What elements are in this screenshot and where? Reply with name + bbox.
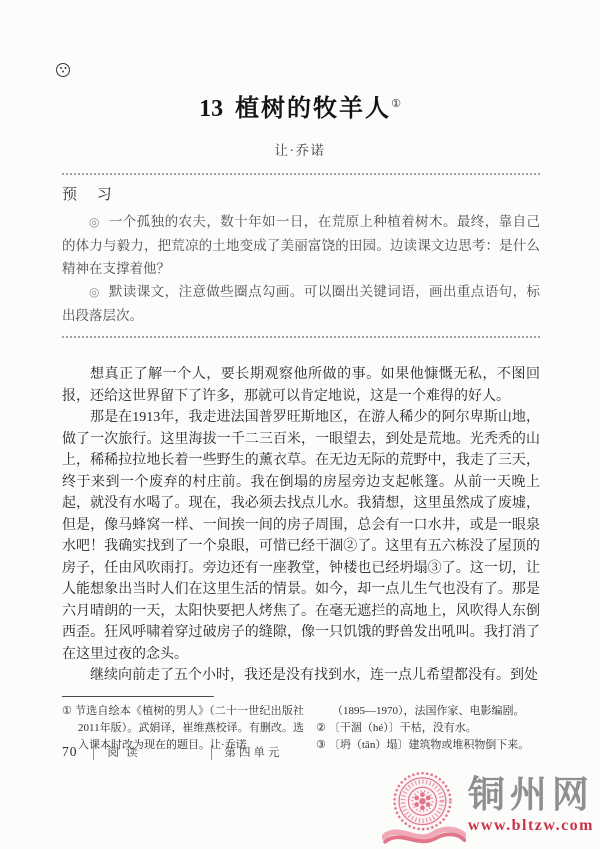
page-footer: 70 阅读 第四单元	[62, 744, 540, 760]
textbook-page: 13植树的牧羊人① 让·乔诺 预 习 ◎一个孤独的农夫，数十年如一日，在荒原上种…	[0, 0, 600, 849]
preview-item-text: 默读课文，注意做些圈点勾画。可以圈出关键词语，画出重点语句，标出段落层次。	[62, 284, 540, 323]
preview-item: ◎默读课文，注意做些圈点勾画。可以圈出关键词语，画出重点语句，标出段落层次。	[62, 280, 540, 327]
footnote-text: （1895—1970），法国作家、电影编剧。	[332, 705, 525, 717]
page-number: 70	[62, 744, 78, 760]
dotted-divider-bottom	[62, 336, 540, 338]
body-text: 想真正了解一个人，要长期观察他所做的事。如果他慷慨无私，不图回报，还给这世界留下…	[62, 364, 540, 687]
dotted-divider-top	[62, 173, 540, 175]
watermark-text: 铜州网 www.bltzw.com	[468, 770, 594, 835]
footer-divider	[93, 745, 94, 760]
ring-bullet-icon: ◎	[89, 215, 100, 229]
footer-section-label: 阅读	[108, 744, 145, 760]
ring-bullet-icon: ◎	[89, 285, 100, 299]
preview-item-text: 一个孤独的农夫，数十年如一日，在荒原上种植着树木。最终，靠自己的体力与毅力，把荒…	[62, 214, 540, 276]
footnote-text: 〔干涸（hé）〕干枯，没有水。	[329, 722, 477, 734]
title-footnote-ref: ①	[391, 98, 401, 110]
footnote-marker: ①	[62, 705, 72, 717]
footnote-item: ②〔干涸（hé）〕干枯，没有水。	[316, 720, 544, 737]
preview-section: 预 习 ◎一个孤独的农夫，数十年如一日，在荒原上种植着树木。最终，靠自己的体力与…	[62, 173, 540, 338]
lesson-title-text: 植树的牧羊人	[235, 95, 391, 122]
body-paragraph: 想真正了解一个人，要长期观察他所做的事。如果他慷慨无私，不图回报，还给这世界留下…	[62, 364, 540, 407]
preview-item: ◎一个孤独的农夫，数十年如一日，在荒原上种植着树木。最终，靠自己的体力与毅力，把…	[62, 210, 540, 280]
watermark-site-url: www.bltzw.com	[468, 817, 594, 835]
body-paragraph: 那是在1913年，我走进法国普罗旺斯地区，在游人稀少的阿尔卑斯山地，做了一次旅行…	[62, 407, 540, 665]
footnote-separator	[62, 696, 214, 697]
footer-unit-label: 第四单元	[225, 744, 283, 760]
footnote-marker: ②	[316, 722, 326, 734]
footer-divider	[211, 745, 212, 760]
seal-stamp-icon	[382, 770, 466, 848]
body-paragraph: 继续向前走了五个小时，我还是没有找到水，连一点儿希望都没有。到处	[62, 665, 540, 687]
site-watermark: 铜州网 www.bltzw.com	[382, 770, 594, 848]
author-name: 让·乔诺	[0, 139, 600, 159]
lesson-number: 13	[199, 96, 223, 122]
page-marker-icon	[56, 63, 70, 77]
page-title: 13植树的牧羊人①	[0, 88, 600, 123]
watermark-site-name: 铜州网	[468, 776, 594, 813]
lesson-header: 13植树的牧羊人① 让·乔诺	[0, 0, 600, 159]
preview-label: 预 习	[62, 183, 540, 204]
footnote-item: （1895—1970），法国作家、电影编剧。	[316, 703, 544, 720]
